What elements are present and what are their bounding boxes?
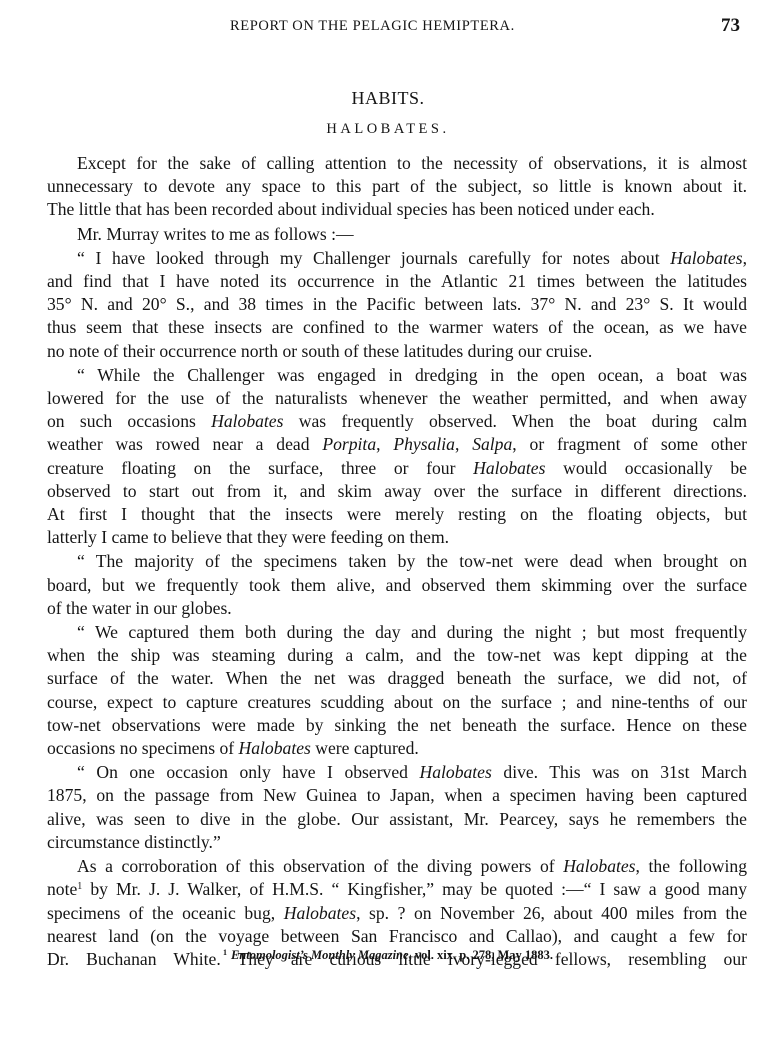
text-line: unnecessary to devote any space to this … [47,175,747,198]
body-text: Except for the sake of calling attention… [47,152,747,971]
footnote-citation: , vol. xix. p. 278, May 1883. [409,948,553,962]
text-line: note1 by Mr. J. J. Walker, of H.M.S. “ K… [47,878,747,901]
paragraph-murray-intro: Mr. Murray writes to me as follows :— [47,223,747,246]
subsection-title: HALOBATES. [0,121,776,138]
footnote-title: Entomologist’s Monthly Magazine [231,948,409,962]
text-line: surface of the water. When the net was d… [47,667,747,690]
text-line: Except for the sake of calling attention… [47,152,747,175]
paragraph-quote-captured: “ We captured them both during the day a… [47,621,747,760]
text-line: “ I have looked through my Challenger jo… [47,247,747,270]
text-line: specimens of the oceanic bug, Halobates,… [47,902,747,925]
text-line: “ The majority of the specimens taken by… [47,550,747,573]
text-line: thus seem that these insects are confine… [47,316,747,339]
footnote-number: 1 [223,948,227,957]
species-name: Halobates [420,762,492,782]
running-header: REPORT ON THE PELAGIC HEMIPTERA. 73 [40,18,740,42]
text-line: alive, was seen to dive in the globe. Ou… [47,808,747,831]
text-line: latterly I came to believe that they wer… [47,526,747,549]
species-name: Halobates [211,411,283,431]
paragraph-quote-dive: “ On one occasion only have I observed H… [47,761,747,854]
text-line: The little that has been recorded about … [47,198,747,221]
species-name: Halobates [670,248,742,268]
species-name: Halobates [239,738,311,758]
text-line: “ On one occasion only have I observed H… [47,761,747,784]
page-number: 73 [721,15,740,37]
species-name: Physalia [393,434,455,454]
running-title: REPORT ON THE PELAGIC HEMIPTERA. [230,18,515,35]
species-name: Porpita [322,434,376,454]
text-line: As a corroboration of this observation o… [47,855,747,878]
text-line: Mr. Murray writes to me as follows :— [47,223,747,246]
text-line: course, expect to capture creatures scud… [47,691,747,714]
text-line: 35° N. and 20° S., and 38 times in the P… [47,293,747,316]
text-line: tow-net observations were made by sinkin… [47,714,747,737]
text-line: nearest land (on the voyage between San … [47,925,747,948]
text-line: lowered for the use of the naturalists w… [47,387,747,410]
text-line: of the water in our globes. [47,597,747,620]
text-line: observed to start out from it, and skim … [47,480,747,503]
section-title: HABITS. [0,88,776,109]
paragraph-quote-dredging: “ While the Challenger was engaged in dr… [47,364,747,550]
species-name: Halobates [473,458,545,478]
text-line: circumstance distinctly.” [47,831,747,854]
text-line: no note of their occurrence north or sou… [47,340,747,363]
species-name: Salpa [472,434,512,454]
text-line: 1875, on the passage from New Guinea to … [47,784,747,807]
footnote: 1Entomologist’s Monthly Magazine, vol. x… [0,948,776,963]
text-line: “ While the Challenger was engaged in dr… [47,364,747,387]
text-line: occasions no specimens of Halobates were… [47,737,747,760]
paragraph-quote-majority: “ The majority of the specimens taken by… [47,550,747,620]
species-name: Halobates [284,903,356,923]
text-line: and find that I have noted its occurrenc… [47,270,747,293]
text-line: weather was rowed near a dead Porpita, P… [47,433,747,456]
paragraph-quote-journals: “ I have looked through my Challenger jo… [47,247,747,363]
species-name: Halobates [563,856,635,876]
paragraph-intro: Except for the sake of calling attention… [47,152,747,222]
text-line: creature floating on the surface, three … [47,457,747,480]
text-line: on such occasions Halobates was frequent… [47,410,747,433]
text-line: board, but we frequently took them alive… [47,574,747,597]
text-line: At first I thought that the insects were… [47,503,747,526]
text-line: when the ship was steaming during a calm… [47,644,747,667]
text-line: “ We captured them both during the day a… [47,621,747,644]
